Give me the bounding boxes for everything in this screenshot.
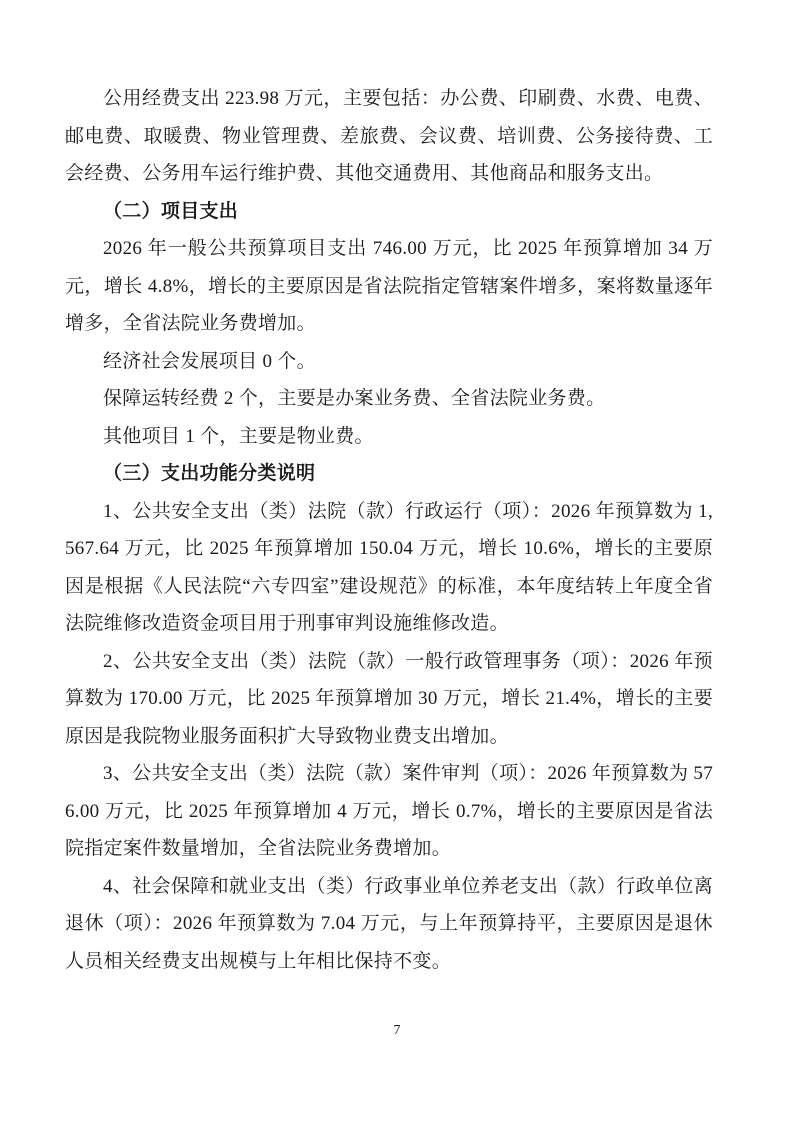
paragraph-project-expenditure-summary: 2026 年一般公共预算项目支出 746.00 万元，比 2025 年预算增加 …: [65, 230, 713, 343]
document-page: 公用经费支出 223.98 万元，主要包括：办公费、印刷费、水费、电费、邮电费、…: [0, 0, 794, 1123]
paragraph-other-projects: 其他项目 1 个，主要是物业费。: [65, 418, 713, 456]
paragraph-item-3-case-trial: 3、公共安全支出（类）法院（款）案件审判（项）：2026 年预算数为 576.0…: [65, 755, 713, 868]
paragraph-item-1-administrative-operation: 1、公共安全支出（类）法院（款）行政运行（项）：2026 年预算数为 1,567…: [65, 493, 713, 643]
paragraph-economic-social-projects: 经济社会发展项目 0 个。: [65, 343, 713, 381]
paragraph-item-4-retirement-expenditure: 4、社会保障和就业支出（类）行政事业单位养老支出（款）行政单位离退休（项）：20…: [65, 868, 713, 981]
page-number: 7: [0, 1022, 794, 1040]
paragraph-operation-support-funds: 保障运转经费 2 个，主要是办案业务费、全省法院业务费。: [65, 380, 713, 418]
heading-project-expenditure: （二）项目支出: [65, 193, 713, 231]
document-body: 公用经费支出 223.98 万元，主要包括：办公费、印刷费、水费、电费、邮电费、…: [65, 80, 713, 980]
paragraph-public-expense-summary: 公用经费支出 223.98 万元，主要包括：办公费、印刷费、水费、电费、邮电费、…: [65, 80, 713, 193]
paragraph-item-2-general-administrative-affairs: 2、公共安全支出（类）法院（款）一般行政管理事务（项）：2026 年预算数为 1…: [65, 643, 713, 756]
heading-expenditure-function-classification: （三）支出功能分类说明: [65, 455, 713, 493]
